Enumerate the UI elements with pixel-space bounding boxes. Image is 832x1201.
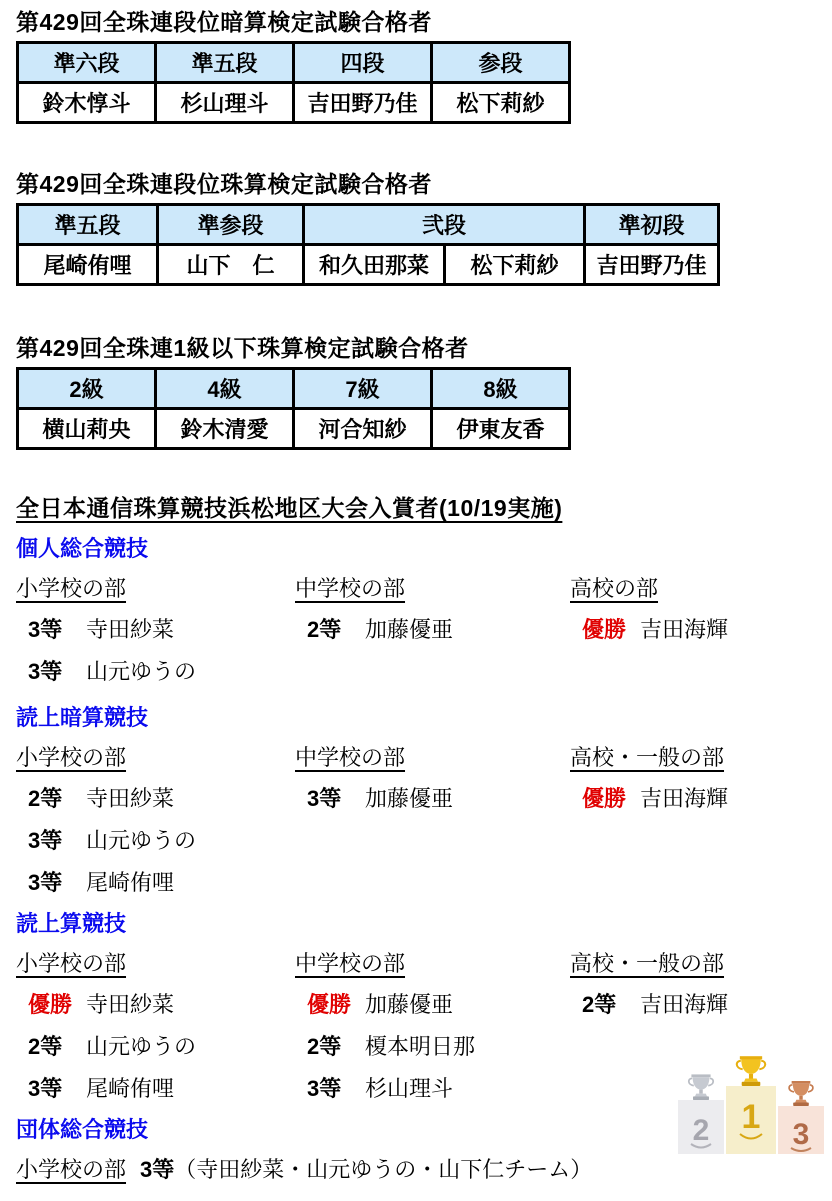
section-heading-yomiage-zan: 読上算競技: [16, 910, 832, 938]
name-cell: 伊東友香: [432, 409, 570, 449]
podium-number-1: 1: [742, 1098, 761, 1136]
division-column-elementary: 小学校の部 3等寺田紗菜 3等山元ゆうの: [16, 575, 295, 687]
name-cell: 杉山理斗: [156, 83, 294, 123]
result-row: 3等山元ゆうの: [16, 825, 295, 856]
header-cell: 4級: [156, 369, 294, 409]
result-row: 優勝加藤優亜: [295, 989, 570, 1020]
division-header: 中学校の部: [295, 575, 405, 603]
header-cell: 準五段: [18, 205, 158, 245]
table-header-row: 準五段 準参段 弐段 準初段: [18, 205, 719, 245]
team-rank: 3等: [140, 1157, 174, 1182]
team-members: （寺田紗菜・山元ゆうの・山下仁チーム）: [174, 1157, 592, 1182]
rank-label: 2等: [28, 1031, 74, 1062]
rank-label: 2等: [307, 1031, 353, 1062]
result-row: 3等杉山理斗: [295, 1073, 570, 1104]
name-cell: 和久田那菜: [304, 245, 445, 285]
table-row: 横山莉央 鈴木清愛 河合知紗 伊東友香: [18, 409, 570, 449]
winner-name: 杉山理斗: [365, 1076, 453, 1101]
winner-name: 加藤優亜: [365, 786, 453, 811]
division-header: 高校の部: [570, 575, 658, 603]
result-row: 2等寺田紗菜: [16, 783, 295, 814]
header-cell: 準初段: [585, 205, 719, 245]
section-heading-individual: 個人総合競技: [16, 535, 832, 563]
division-header: 中学校の部: [295, 950, 405, 978]
podium-number-2: 2: [693, 1114, 710, 1147]
rank-label: 2等: [307, 614, 353, 645]
winner-name: 寺田紗菜: [86, 617, 174, 642]
winner-name: 榎本明日那: [365, 1034, 475, 1059]
name-cell: 松下莉紗: [445, 245, 585, 285]
header-cell: 準参段: [158, 205, 304, 245]
rank-label: 3等: [28, 825, 74, 856]
rank-label: 3等: [307, 1073, 353, 1104]
silver-trophy-icon: [689, 1074, 713, 1100]
rank-label: 3等: [28, 614, 74, 645]
header-cell: 2級: [18, 369, 156, 409]
name-cell: 松下莉紗: [432, 83, 570, 123]
division-column-elementary: 小学校の部 優勝寺田紗菜 2等山元ゆうの 3等尾崎侑哩: [16, 950, 295, 1104]
division-header: 小学校の部: [16, 950, 126, 978]
shuzan-dan-table: 準五段 準参段 弐段 準初段 尾崎侑哩 山下 仁 和久田那菜 松下莉紗 吉田野乃…: [16, 203, 720, 286]
winner-name: 加藤優亜: [365, 992, 453, 1017]
winner-name: 尾崎侑哩: [86, 870, 174, 895]
result-row: 2等榎本明日那: [295, 1031, 570, 1062]
name-cell: 河合知紗: [294, 409, 432, 449]
result-row: 優勝吉田海輝: [570, 783, 832, 814]
rank-label: 3等: [307, 783, 353, 814]
division-column-junior-high: 中学校の部 優勝加藤優亜 2等榎本明日那 3等杉山理斗: [295, 950, 570, 1104]
division-header: 高校・一般の部: [570, 950, 724, 978]
division-column-junior-high: 中学校の部 3等加藤優亜: [295, 744, 570, 898]
podium-number-3: 3: [793, 1118, 810, 1151]
result-row: 2等吉田海輝: [570, 989, 832, 1020]
winner-name: 寺田紗菜: [86, 786, 174, 811]
result-row: 3等尾崎侑哩: [16, 867, 295, 898]
trophy-podium-illustration: 2 1 3: [676, 1056, 828, 1156]
winner-name: 寺田紗菜: [86, 992, 174, 1017]
header-cell: 弐段: [304, 205, 585, 245]
table-row: 鈴木惇斗 杉山理斗 吉田野乃佳 松下莉紗: [18, 83, 570, 123]
results-grid: 小学校の部 3等寺田紗菜 3等山元ゆうの 中学校の部 2等加藤優亜 高校の部 優…: [16, 575, 832, 687]
name-cell: 鈴木清愛: [156, 409, 294, 449]
rank-label: 2等: [28, 783, 74, 814]
result-row: 3等加藤優亜: [295, 783, 570, 814]
shuzan-dan-title: 第429回全珠連段位珠算検定試験合格者: [16, 171, 832, 198]
header-cell: 7級: [294, 369, 432, 409]
rank-label-winner: 優勝: [582, 614, 628, 645]
name-cell: 吉田野乃佳: [585, 245, 719, 285]
winner-name: 山元ゆうの: [86, 1034, 196, 1059]
division-column-junior-high: 中学校の部 2等加藤優亜: [295, 575, 570, 687]
table-header-row: 2級 4級 7級 8級: [18, 369, 570, 409]
rank-label-winner: 優勝: [28, 989, 74, 1020]
header-cell: 準五段: [156, 43, 294, 83]
kyu-title: 第429回全珠連1級以下珠算検定試験合格者: [16, 335, 832, 362]
section-heading-yomiage-anzan: 読上暗算競技: [16, 704, 832, 732]
anzan-dan-table: 準六段 準五段 四段 参段 鈴木惇斗 杉山理斗 吉田野乃佳 松下莉紗: [16, 41, 571, 124]
result-row: 優勝吉田海輝: [570, 614, 832, 645]
result-row: 3等尾崎侑哩: [16, 1073, 295, 1104]
name-cell: 鈴木惇斗: [18, 83, 156, 123]
winner-name: 尾崎侑哩: [86, 1076, 174, 1101]
winner-name: 吉田海輝: [640, 617, 728, 642]
rank-label: 3等: [28, 1073, 74, 1104]
header-cell: 準六段: [18, 43, 156, 83]
winner-name: 山元ゆうの: [86, 828, 196, 853]
bronze-trophy-icon: [789, 1081, 813, 1106]
gold-trophy-icon: [737, 1056, 765, 1086]
result-row: 2等山元ゆうの: [16, 1031, 295, 1062]
document-body: 第429回全珠連段位暗算検定試験合格者 準六段 準五段 四段 参段 鈴木惇斗 杉…: [0, 0, 832, 1185]
table-header-row: 準六段 準五段 四段 参段: [18, 43, 570, 83]
anzan-dan-title: 第429回全珠連段位暗算検定試験合格者: [16, 9, 832, 36]
header-cell: 8級: [432, 369, 570, 409]
division-column-high-school: 高校の部 優勝吉田海輝: [570, 575, 832, 687]
result-row: 優勝寺田紗菜: [16, 989, 295, 1020]
result-row: 3等寺田紗菜: [16, 614, 295, 645]
winner-name: 吉田海輝: [640, 786, 728, 811]
team-division: 小学校の部: [16, 1157, 126, 1182]
winner-name: 山元ゆうの: [86, 659, 196, 684]
team-result-line: 小学校の部3等（寺田紗菜・山元ゆうの・山下仁チーム）: [16, 1154, 832, 1185]
division-header: 中学校の部: [295, 744, 405, 772]
competition-title: 全日本通信珠算競技浜松地区大会入賞者(10/19実施): [16, 494, 562, 522]
rank-label: 3等: [28, 867, 74, 898]
division-header: 高校・一般の部: [570, 744, 724, 772]
division-column-elementary: 小学校の部 2等寺田紗菜 3等山元ゆうの 3等尾崎侑哩: [16, 744, 295, 898]
rank-label-winner: 優勝: [582, 783, 628, 814]
winner-name: 加藤優亜: [365, 617, 453, 642]
name-cell: 吉田野乃佳: [294, 83, 432, 123]
name-cell: 尾崎侑哩: [18, 245, 158, 285]
table-row: 尾崎侑哩 山下 仁 和久田那菜 松下莉紗 吉田野乃佳: [18, 245, 719, 285]
rank-label: 2等: [582, 989, 628, 1020]
name-cell: 山下 仁: [158, 245, 304, 285]
result-row: 2等加藤優亜: [295, 614, 570, 645]
header-cell: 四段: [294, 43, 432, 83]
winner-name: 吉田海輝: [640, 992, 728, 1017]
rank-label-winner: 優勝: [307, 989, 353, 1020]
header-cell: 参段: [432, 43, 570, 83]
division-header: 小学校の部: [16, 575, 126, 603]
division-column-high-general: 高校・一般の部 優勝吉田海輝: [570, 744, 832, 898]
results-grid: 小学校の部 2等寺田紗菜 3等山元ゆうの 3等尾崎侑哩 中学校の部 3等加藤優亜…: [16, 744, 832, 898]
division-header: 小学校の部: [16, 744, 126, 772]
name-cell: 横山莉央: [18, 409, 156, 449]
result-row: 3等山元ゆうの: [16, 656, 295, 687]
kyu-table: 2級 4級 7級 8級 横山莉央 鈴木清愛 河合知紗 伊東友香: [16, 367, 571, 450]
rank-label: 3等: [28, 656, 74, 687]
